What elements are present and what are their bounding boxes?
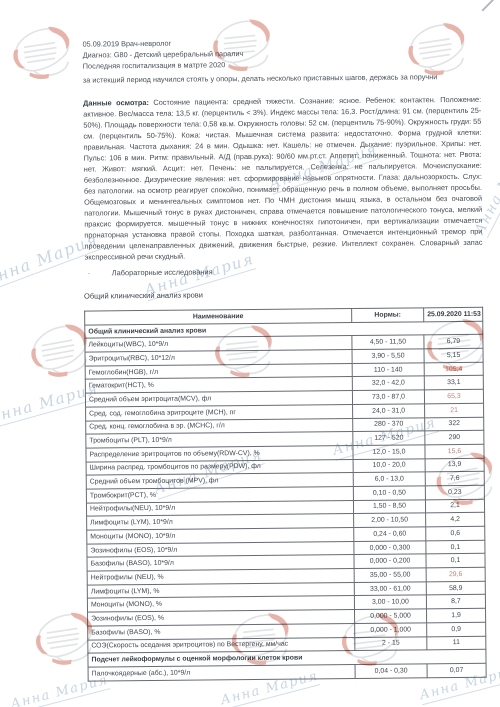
value-cell: 0,6 — [426, 526, 485, 540]
value-cell: 0,1 — [426, 554, 485, 568]
value-cell: 322 — [425, 417, 484, 431]
lab-table-body: Общий клинический анализ кровиЛейкоциты(… — [85, 321, 486, 681]
norm-cell: 110 - 140 — [352, 363, 424, 377]
norm-cell: 35,00 - 55,00 — [354, 568, 426, 582]
norm-cell: 1,50 - 8,50 — [353, 499, 425, 513]
value-cell: 65,3 — [424, 389, 483, 403]
norm-cell: 4,50 - 11,50 — [352, 335, 424, 349]
norm-cell: 33,00 - 61,00 — [354, 582, 426, 596]
norm-cell: 0,000 - 0,200 — [354, 554, 426, 568]
value-cell: 15,6 — [425, 444, 484, 458]
document-page: Анна Мария Анна Мария Анна Мария Анна Ма… — [0, 0, 500, 707]
value-cell: 33,1 — [424, 376, 483, 390]
value-cell: 0,1 — [426, 540, 485, 554]
progress-line: за истекший период научился стоять у опо… — [83, 71, 485, 86]
norm-cell: 6,0 - 13,0 — [353, 472, 425, 486]
norm-cell: 3,90 - 5,50 — [352, 349, 424, 363]
norm-cell: 127 - 520 — [353, 431, 425, 445]
table-row: Палочкоядерные (абс.), 10*9/л0,04 - 0,30… — [88, 663, 486, 681]
norm-cell: 3,00 - 10,00 — [354, 595, 426, 609]
value-cell: 4,2 — [426, 513, 485, 527]
examination-text: Состояние пациента: средней тяжести. Соз… — [83, 95, 482, 262]
value-cell: 6,79 — [424, 335, 483, 349]
norm-cell: 0,04 - 0,30 — [355, 664, 427, 678]
norm-cell: 12,0 - 15,0 — [353, 445, 425, 459]
value-cell: 7,6 — [425, 472, 484, 486]
norm-cell: 32,0 - 42,0 — [352, 376, 424, 390]
lab-section-heading: ·Лабораторные исследования — [88, 267, 213, 277]
value-cell: 2,1 — [425, 499, 484, 513]
bullet-icon: · — [88, 268, 112, 277]
param-name-cell: Палочкоядерные (абс.), 10*9/л — [88, 664, 355, 680]
value-cell: 8,7 — [426, 595, 485, 609]
norm-cell: 0,10 - 0,50 — [353, 486, 425, 500]
norm-cell: 0,000 - 5,000 — [355, 609, 427, 623]
norm-cell: 0,000 - 1,000 — [355, 623, 427, 637]
value-cell: 0,9 — [427, 622, 486, 636]
examination-paragraph: Данные осмотра: Состояние пациента: сред… — [83, 94, 483, 263]
table-title: Общий клинический анализ крови — [84, 290, 203, 300]
value-cell: 0,07 — [427, 663, 486, 677]
document-content: 05.09.2019 Врач-невролог Диагноз: G80 - … — [0, 0, 500, 707]
norm-cell: 24,0 - 31,0 — [353, 404, 425, 418]
norm-cell: 280 - 370 — [353, 417, 425, 431]
value-cell: 290 — [425, 430, 484, 444]
examination-label: Данные осмотра: — [83, 98, 149, 108]
header-block: 05.09.2019 Врач-невролог Диагноз: G80 - … — [83, 35, 485, 86]
column-header-date: 25.09.2020 11:53 — [424, 307, 483, 321]
norm-cell: 10,0 - 20,0 — [353, 458, 425, 472]
value-cell: 5,15 — [424, 348, 483, 362]
value-cell: 105,4 — [424, 362, 483, 376]
value-cell: 1,9 — [427, 608, 486, 622]
value-cell: 13,9 — [425, 458, 484, 472]
value-cell: 29,6 — [426, 567, 485, 581]
value-cell: 58,9 — [426, 581, 485, 595]
value-cell: 21 — [425, 403, 484, 417]
value-cell: 11 — [427, 636, 486, 650]
norm-cell: 0,24 - 0,60 — [354, 527, 426, 541]
lab-section-title: Лабораторные исследования — [112, 267, 213, 277]
norm-cell: 2 - 15 — [355, 636, 427, 650]
norm-cell: 73,0 - 87,0 — [352, 390, 424, 404]
lab-results-table: Наименование Нормы: 25.09.2020 11:53 Общ… — [84, 307, 487, 681]
norm-cell: 0,000 - 0,300 — [354, 541, 426, 555]
value-cell: 0,23 — [425, 485, 484, 499]
column-header-norms: Нормы: — [352, 308, 424, 322]
norm-cell: 2,00 - 10,50 — [354, 513, 426, 527]
